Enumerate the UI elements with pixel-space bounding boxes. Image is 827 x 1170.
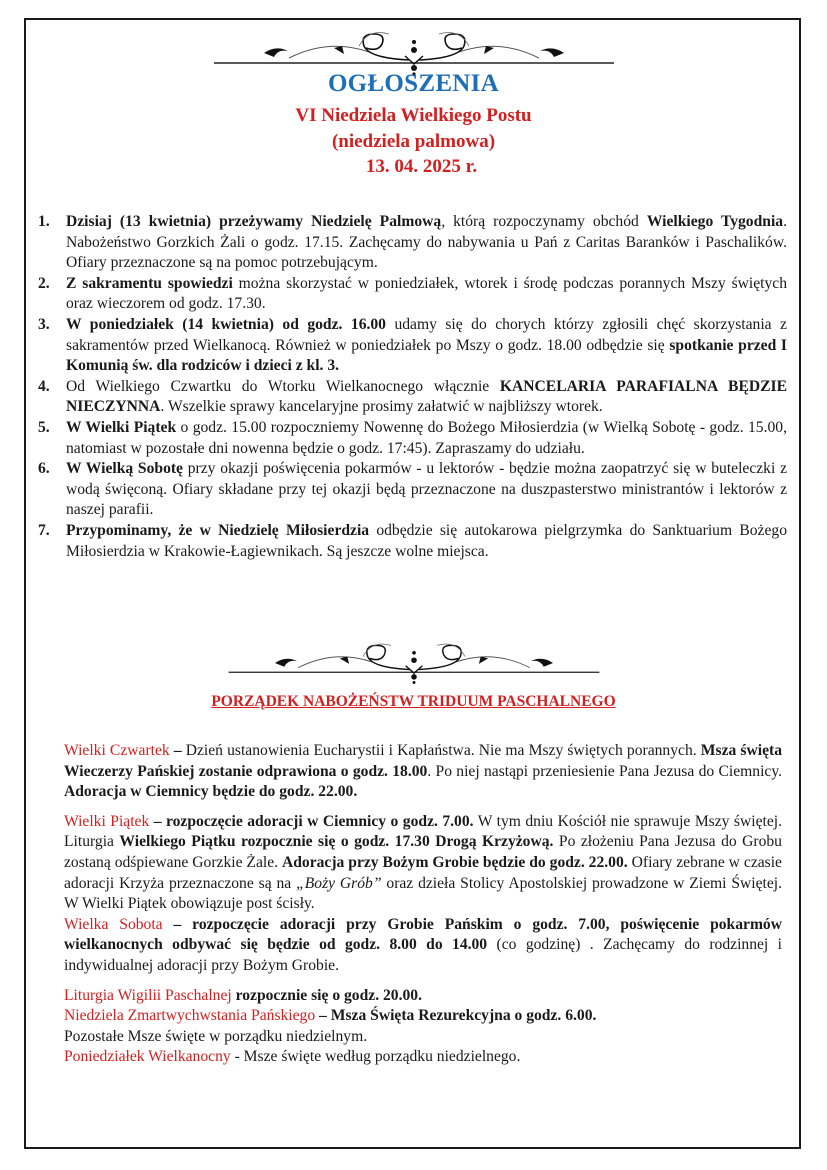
- notice-text: , którą rozpoczynamy obchód: [441, 213, 647, 230]
- notice-number: 3.: [38, 315, 50, 336]
- schedule-text: - Msze święte według porządku niedzielne…: [231, 1048, 521, 1065]
- notice-emphasis: W poniedziałek (14 kwietnia) od godz. 16…: [66, 316, 386, 333]
- schedule-emphasis: Adoracja przy Bożym Grobie będzie do god…: [282, 854, 628, 871]
- schedule-emphasis: Adoracja w Ciemnicy będzie do godz. 22.0…: [64, 783, 357, 800]
- notice-emphasis: Dzisiaj (13 kwietnia) przeżywamy Niedzie…: [66, 213, 441, 230]
- schedule-paragraph: Wielki Czwartek – Dzień ustanowienia Euc…: [64, 741, 782, 803]
- notice-emphasis: Z sakramentu spowiedzi: [66, 275, 233, 292]
- notice-text: . Wszelkie sprawy kancelaryjne prosimy z…: [160, 398, 602, 415]
- schedule-text: Dzień ustanowienia Eucharystii i Kapłańs…: [186, 742, 701, 759]
- schedule-paragraph: Wielki Piątek – rozpoczęcie adoracji w C…: [64, 812, 782, 915]
- schedule-paragraph: Wielka Sobota – rozpoczęcie adoracji prz…: [64, 915, 782, 977]
- schedule-text: . Po niej nastąpi przeniesienie Pana Jez…: [427, 763, 782, 780]
- notice-number: 5.: [38, 418, 50, 439]
- notice-item: 3.W poniedziałek (14 kwietnia) od godz. …: [38, 315, 787, 377]
- schedule-paragraph: Pozostałe Msze święte w porządku niedzie…: [64, 1027, 782, 1048]
- schedule-paragraph: Poniedziałek Wielkanocny - Msze święte w…: [64, 1047, 782, 1068]
- day-label: Poniedziałek Wielkanocny: [64, 1048, 231, 1065]
- triduum-section-title: PORZĄDEK NABOŻEŃSTW TRIDUUM PASCHALNEGO: [0, 693, 827, 711]
- notice-number: 2.: [38, 274, 50, 295]
- schedule-paragraph: Niedziela Zmartwychwstania Pańskiego – M…: [64, 1006, 782, 1027]
- notice-item: 1.Dzisiaj (13 kwietnia) przeżywamy Niedz…: [38, 212, 787, 274]
- schedule-emphasis: – Msza Święta Rezurekcyjna o godz. 6.00.: [315, 1007, 596, 1024]
- schedule-text: Pozostałe Msze święte w porządku niedzie…: [64, 1028, 367, 1045]
- flourish-divider-icon: [0, 638, 827, 688]
- announcement-date: 13. 04. 2025 r.: [8, 155, 827, 179]
- notice-number: 7.: [38, 521, 50, 542]
- notice-number: 6.: [38, 459, 50, 480]
- schedule-emphasis: Wielkiego Piątku rozpocznie się o godz. …: [119, 833, 553, 850]
- notice-number: 1.: [38, 212, 50, 233]
- schedule-emphasis: –: [170, 742, 186, 759]
- schedule-emphasis: – rozpoczęcie adoracji w Ciemnicy o godz…: [149, 813, 473, 830]
- notice-item: 5.W Wielki Piątek o godz. 15.00 rozpoczn…: [38, 418, 787, 459]
- schedule-quote: „Boży Grób”: [296, 875, 381, 892]
- day-label: Liturgia Wigilii Paschalnej: [64, 987, 232, 1004]
- day-label: Wielka Sobota: [64, 916, 163, 933]
- notice-emphasis: Przypominamy, że w Niedzielę Miłosierdzi…: [66, 522, 369, 539]
- schedule-paragraph: Liturgia Wigilii Paschalnej rozpocznie s…: [64, 986, 782, 1007]
- notice-number: 4.: [38, 377, 50, 398]
- day-label: Niedziela Zmartwychwstania Pańskiego: [64, 1007, 315, 1024]
- subtitle-palm-sunday: (niedziela palmowa): [0, 130, 827, 154]
- subtitle-sunday: VI Niedziela Wielkiego Postu: [0, 104, 827, 128]
- day-label: Wielki Czwartek: [64, 742, 170, 759]
- page-title: OGŁOSZENIA: [0, 70, 827, 98]
- day-label: Wielki Piątek: [64, 813, 149, 830]
- schedule-emphasis: rozpocznie się o godz. 20.00.: [232, 987, 422, 1004]
- notice-emphasis: Wielkiego Tygodnia: [647, 213, 783, 230]
- notice-item: 4.Od Wielkiego Czwartku do Wtorku Wielka…: [38, 377, 787, 418]
- notices-list: 1.Dzisiaj (13 kwietnia) przeżywamy Niedz…: [38, 212, 787, 562]
- notice-emphasis: W Wielką Sobotę: [66, 460, 183, 477]
- notice-item: 6.W Wielką Sobotę przy okazji poświęceni…: [38, 459, 787, 521]
- triduum-schedule: Wielki Czwartek – Dzień ustanowienia Euc…: [64, 741, 782, 1068]
- notice-item: 2.Z sakramentu spowiedzi można skorzysta…: [38, 274, 787, 315]
- notice-emphasis: W Wielki Piątek: [66, 419, 176, 436]
- notice-item: 7.Przypominamy, że w Niedzielę Miłosierd…: [38, 521, 787, 562]
- notice-text: Od Wielkiego Czwartku do Wtorku Wielkano…: [66, 378, 500, 395]
